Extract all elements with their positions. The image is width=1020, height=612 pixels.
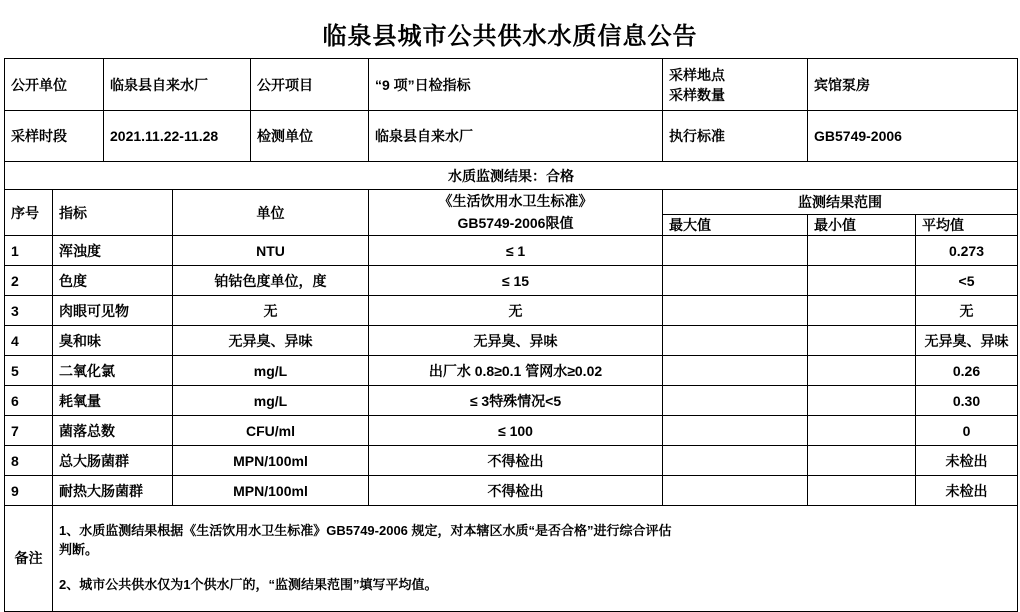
table-row: 2 色度 铂钴色度单位，度 ≤ 15 <5 [5,266,1018,296]
info-row-2: 采样时段 2021.11.22-11.28 检测单位 临泉县自来水厂 执行标准 … [5,111,1018,162]
row-indicator: 色度 [53,266,173,296]
table-row: 6 耗氧量 mg/L ≤ 3特殊情况<5 0.30 [5,386,1018,416]
publish-unit-label: 公开单位 [5,59,104,111]
publish-item-value: “9 项”日检指标 [369,59,663,111]
row-unit: 铂钴色度单位，度 [173,266,369,296]
row-avg: 0.30 [916,386,1018,416]
row-avg: 无 [916,296,1018,326]
remarks-label: 备注 [5,506,53,612]
results-header-row-1: 序号 指标 单位 《生活饮用水卫生标准》 GB5749-2006限值 监测结果范… [5,190,1018,215]
row-unit: MPN/100ml [173,446,369,476]
table-row: 5 二氧化氯 mg/L 出厂水 0.8≥0.1 管网水≥0.02 0.26 [5,356,1018,386]
row-min [808,416,916,446]
page-title: 临泉县城市公共供水水质信息公告 [0,0,1020,58]
row-max [663,446,808,476]
row-limit: 出厂水 0.8≥0.1 管网水≥0.02 [369,356,663,386]
row-avg: <5 [916,266,1018,296]
row-unit: 无异臭、异味 [173,326,369,356]
info-row-1: 公开单位 临泉县自来水厂 公开项目 “9 项”日检指标 采样地点 采样数量 宾馆… [5,59,1018,111]
row-indicator: 浑浊度 [53,236,173,266]
row-no: 7 [5,416,53,446]
row-limit: 不得检出 [369,476,663,506]
row-max [663,386,808,416]
remark-note-1: 1、水质监测结果根据《生活饮用水卫生标准》GB5749-2006 规定，对本辖区… [59,522,1011,560]
row-min [808,386,916,416]
sample-period-label: 采样时段 [5,111,104,162]
row-min [808,266,916,296]
col-header-unit: 单位 [173,190,369,236]
table-row: 1 浑浊度 NTU ≤ 1 0.273 [5,236,1018,266]
row-max [663,296,808,326]
test-unit-label: 检测单位 [251,111,369,162]
row-min [808,356,916,386]
table-row: 7 菌落总数 CFU/ml ≤ 100 0 [5,416,1018,446]
row-indicator: 菌落总数 [53,416,173,446]
row-max [663,266,808,296]
row-indicator: 肉眼可见物 [53,296,173,326]
row-indicator: 耗氧量 [53,386,173,416]
table-row: 4 臭和味 无异臭、异味 无异臭、异味 无异臭、异味 [5,326,1018,356]
row-no: 8 [5,446,53,476]
col-header-indicator: 指标 [53,190,173,236]
row-min [808,446,916,476]
col-header-avg: 平均值 [916,215,1018,236]
row-limit: 不得检出 [369,446,663,476]
sample-location-count-label: 采样地点 采样数量 [663,59,808,111]
row-min [808,476,916,506]
col-header-range: 监测结果范围 [663,190,1018,215]
row-min [808,326,916,356]
row-max [663,416,808,446]
row-limit: ≤ 100 [369,416,663,446]
row-no: 3 [5,296,53,326]
row-min [808,296,916,326]
row-no: 1 [5,236,53,266]
row-unit: 无 [173,296,369,326]
row-indicator: 耐热大肠菌群 [53,476,173,506]
row-max [663,236,808,266]
test-unit-value: 临泉县自来水厂 [369,111,663,162]
row-avg: 未检出 [916,476,1018,506]
row-avg: 0.26 [916,356,1018,386]
row-limit: ≤ 3特殊情况<5 [369,386,663,416]
row-avg: 未检出 [916,446,1018,476]
publish-item-label: 公开项目 [251,59,369,111]
row-no: 6 [5,386,53,416]
col-header-max: 最大值 [663,215,808,236]
row-avg: 0.273 [916,236,1018,266]
result-banner: 水质监测结果：合格 [5,162,1018,190]
row-indicator: 二氧化氯 [53,356,173,386]
row-avg: 无异臭、异味 [916,326,1018,356]
row-unit: MPN/100ml [173,476,369,506]
col-header-limit: 《生活饮用水卫生标准》 GB5749-2006限值 [369,190,663,236]
row-max [663,326,808,356]
table-row: 9 耐热大肠菌群 MPN/100ml 不得检出 未检出 [5,476,1018,506]
remark-note-2: 2、城市公共供水仅为1个供水厂的，“监测结果范围”填写平均值。 [59,576,1011,595]
result-banner-row: 水质监测结果：合格 [5,162,1018,190]
sample-period-value: 2021.11.22-11.28 [104,111,251,162]
row-unit: mg/L [173,356,369,386]
row-max [663,476,808,506]
row-unit: CFU/ml [173,416,369,446]
row-limit: 无 [369,296,663,326]
standard-label: 执行标准 [663,111,808,162]
row-no: 5 [5,356,53,386]
row-indicator: 总大肠菌群 [53,446,173,476]
row-no: 4 [5,326,53,356]
table-row: 8 总大肠菌群 MPN/100ml 不得检出 未检出 [5,446,1018,476]
row-avg: 0 [916,416,1018,446]
standard-value: GB5749-2006 [808,111,1018,162]
row-unit: mg/L [173,386,369,416]
row-no: 9 [5,476,53,506]
remarks-content: 1、水质监测结果根据《生活饮用水卫生标准》GB5749-2006 规定，对本辖区… [53,506,1018,612]
row-limit: ≤ 1 [369,236,663,266]
row-limit: ≤ 15 [369,266,663,296]
row-min [808,236,916,266]
row-indicator: 臭和味 [53,326,173,356]
col-header-min: 最小值 [808,215,916,236]
row-limit: 无异臭、异味 [369,326,663,356]
col-header-no: 序号 [5,190,53,236]
water-quality-table: 公开单位 临泉县自来水厂 公开项目 “9 项”日检指标 采样地点 采样数量 宾馆… [4,58,1018,612]
publish-unit-value: 临泉县自来水厂 [104,59,251,111]
table-row: 3 肉眼可见物 无 无 无 [5,296,1018,326]
row-no: 2 [5,266,53,296]
row-max [663,356,808,386]
row-unit: NTU [173,236,369,266]
sample-location-value: 宾馆泵房 [808,59,1018,111]
remarks-row: 备注 1、水质监测结果根据《生活饮用水卫生标准》GB5749-2006 规定，对… [5,506,1018,612]
